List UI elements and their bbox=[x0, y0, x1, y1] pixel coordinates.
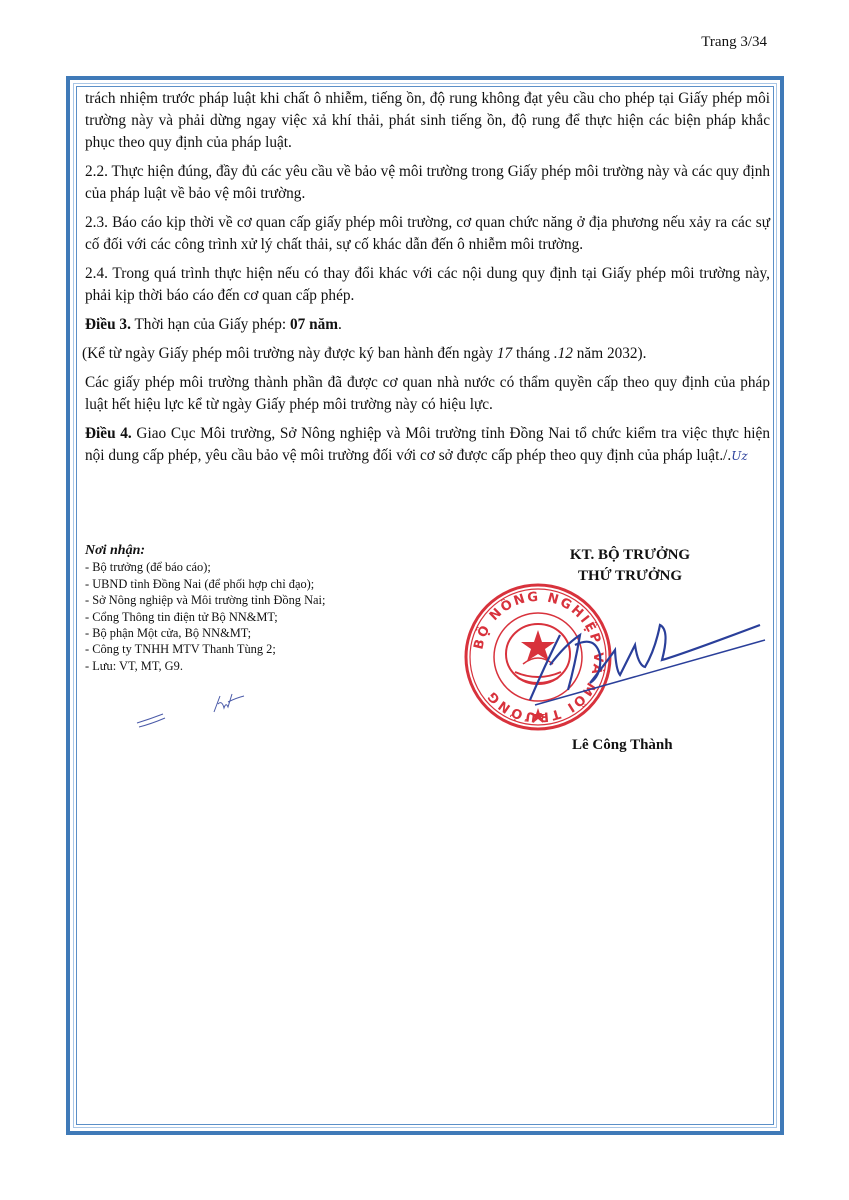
recipients-title: Nơi nhận: bbox=[85, 543, 445, 559]
recipients-list: Nơi nhận: - Bộ trưởng (để báo cáo); - UB… bbox=[85, 543, 445, 674]
article-3-end: . bbox=[338, 316, 342, 333]
handwritten-initial: Uz bbox=[731, 449, 747, 463]
recipient-item: - Lưu: VT, MT, G9. bbox=[85, 658, 445, 674]
validity-period: (Kể từ ngày Giấy phép môi trường này đượ… bbox=[82, 343, 770, 365]
page-number: Trang 3/34 bbox=[701, 34, 767, 51]
signatory-title-1: KT. BỘ TRƯỞNG bbox=[500, 545, 760, 566]
validity-suffix: năm 2032). bbox=[573, 345, 647, 362]
article-3-label: Điều 3. bbox=[85, 316, 131, 333]
article-4-label: Điều 4. bbox=[85, 425, 132, 442]
article-4-text: Giao Cục Môi trường, Sở Nông nghiệp và M… bbox=[85, 425, 770, 464]
recipient-item: - Công ty TNHH MTV Thanh Tùng 2; bbox=[85, 641, 445, 657]
recipient-item: - Cổng Thông tin điện tử Bộ NN&MT; bbox=[85, 609, 445, 625]
item-2-3: 2.3. Báo cáo kịp thời về cơ quan cấp giấ… bbox=[85, 212, 770, 256]
handwritten-signature-icon bbox=[520, 605, 770, 715]
article-3-duration: 07 năm bbox=[290, 316, 338, 333]
document-body: trách nhiệm trước pháp luật khi chất ô n… bbox=[85, 88, 770, 474]
handwritten-initials-icon bbox=[135, 705, 175, 730]
handwritten-initials-icon bbox=[210, 690, 250, 715]
item-2-2: 2.2. Thực hiện đúng, đầy đủ các yêu cầu … bbox=[85, 161, 770, 205]
item-2-4: 2.4. Trong quá trình thực hiện nếu có th… bbox=[85, 263, 770, 307]
article-3: Điều 3. Thời hạn của Giấy phép: 07 năm. bbox=[85, 314, 770, 336]
component-permits: Các giấy phép môi trường thành phần đã đ… bbox=[85, 372, 770, 416]
recipient-item: - UBND tỉnh Đồng Nai (để phối hợp chỉ đạ… bbox=[85, 576, 445, 592]
signer-name: Lê Công Thành bbox=[572, 737, 673, 754]
article-4: Điều 4. Giao Cục Môi trường, Sở Nông ngh… bbox=[85, 423, 770, 467]
recipient-item: - Bộ trưởng (để báo cáo); bbox=[85, 559, 445, 575]
paragraph-continued: trách nhiệm trước pháp luật khi chất ô n… bbox=[85, 88, 770, 154]
validity-day: 17 bbox=[497, 345, 512, 362]
signature-block: KT. BỘ TRƯỞNG THỨ TRƯỞNG bbox=[500, 545, 760, 587]
validity-month: .12 bbox=[554, 345, 573, 362]
recipient-item: - Bộ phận Một cửa, Bộ NN&MT; bbox=[85, 625, 445, 641]
validity-mid: tháng bbox=[512, 345, 554, 362]
validity-prefix: (Kể từ ngày Giấy phép môi trường này đượ… bbox=[82, 345, 497, 362]
recipient-item: - Sở Nông nghiệp và Môi trường tỉnh Đồng… bbox=[85, 592, 445, 608]
article-3-text: Thời hạn của Giấy phép: bbox=[131, 316, 290, 333]
